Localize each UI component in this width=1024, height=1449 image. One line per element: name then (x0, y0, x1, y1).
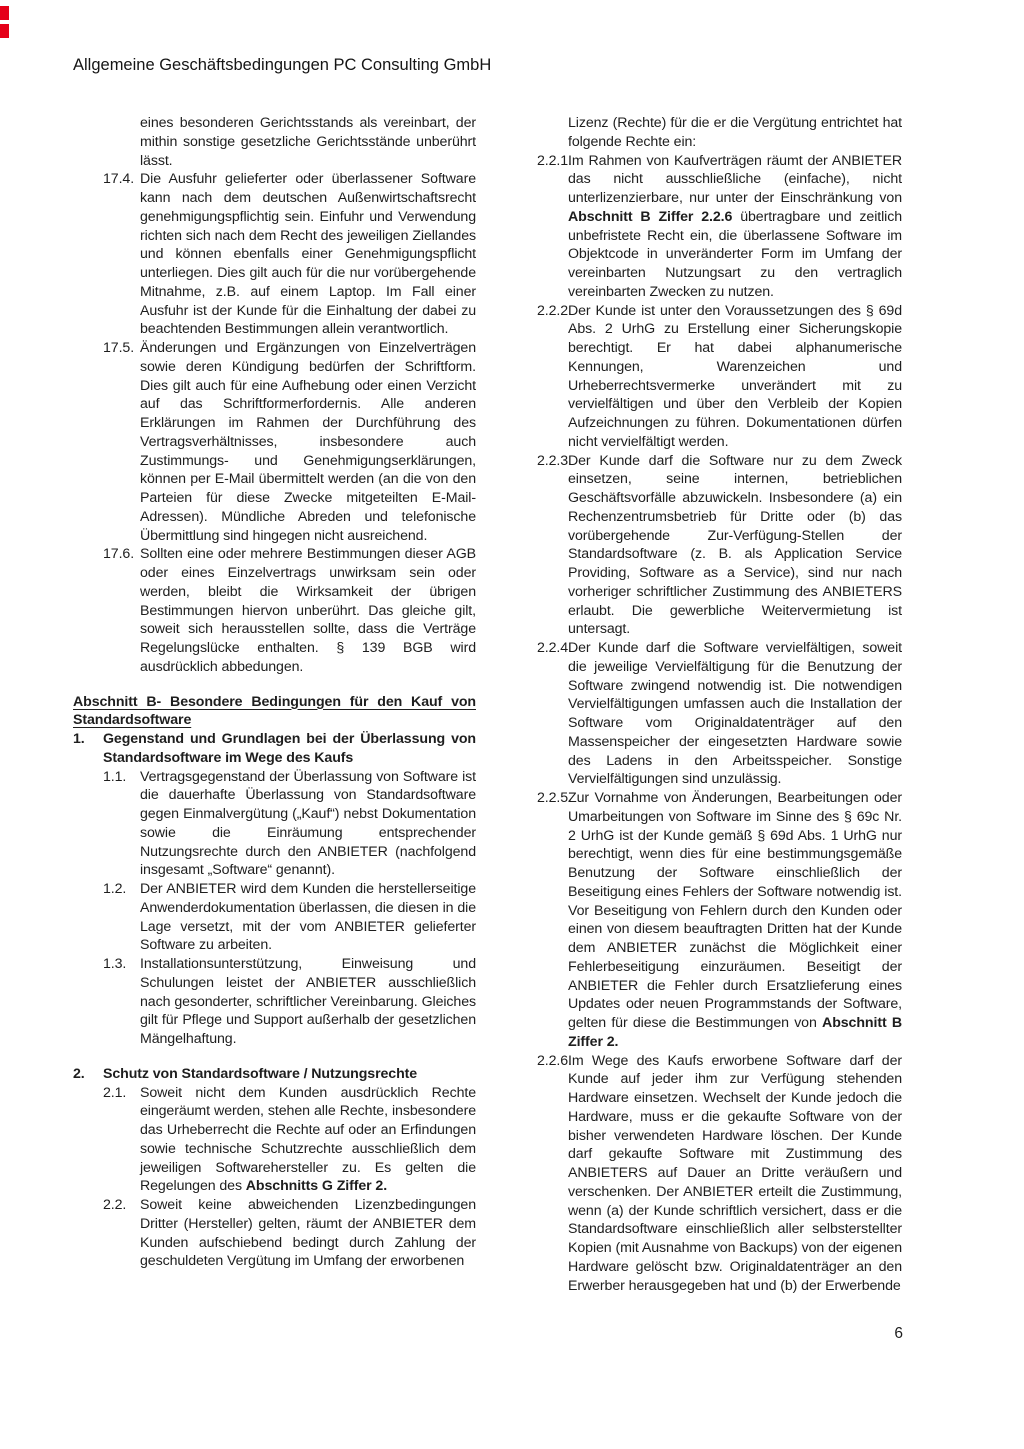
clause-number: 2.2.6. (537, 1052, 572, 1071)
right-text-column: Lizenz (Rechte) für die er die Vergütung… (537, 114, 902, 1295)
clause-item: 2.2.6.Im Wege des Kaufs erworbene Softwa… (537, 1052, 902, 1296)
clause-number: 1.1. (103, 768, 126, 787)
clause-item: 2.2.2.Der Kunde ist unter den Voraussetz… (537, 302, 902, 452)
continuation-paragraph: eines besonderen Gerichtsstands als vere… (73, 114, 476, 170)
clause-text: Installationsunterstützung, Einweisung u… (140, 956, 476, 1047)
clause-text: Die Ausfuhr gelieferter oder überlassene… (140, 171, 476, 337)
clause-item: 1.2.Der ANBIETER wird dem Kunden die her… (73, 880, 476, 955)
clause-number: 2.2.3. (537, 452, 572, 471)
clause-item: 1.1.Vertragsgegenstand der Überlassung v… (73, 768, 476, 881)
clause-number: 2. (73, 1065, 85, 1084)
clause-text: Im Rahmen von Kaufverträgen räumt der AN… (568, 153, 902, 300)
clause-number: 2.1. (103, 1084, 126, 1103)
clause-number: 17.4. (103, 170, 134, 189)
clause-text: Schutz von Standardsoftware / Nutzungsre… (103, 1066, 417, 1082)
clause-item: 2.1.Soweit nicht dem Kunden ausdrücklich… (73, 1084, 476, 1197)
clause-text: Sollten eine oder mehrere Bestimmungen d… (140, 546, 476, 675)
continuation-paragraph: Lizenz (Rechte) für die er die Vergütung… (537, 114, 902, 152)
clause-text: Vertragsgegenstand der Überlassung von S… (140, 769, 476, 879)
numbered-heading: 1.Gegenstand und Grundlagen bei der Über… (73, 730, 476, 768)
clause-item: 1.3.Installationsunterstützung, Einweisu… (73, 955, 476, 1049)
clause-text: Der Kunde ist unter den Voraussetzungen … (568, 303, 902, 450)
clause-text: Änderungen und Ergänzungen von Einzelver… (140, 340, 476, 544)
clause-number: 2.2.5. (537, 789, 572, 808)
clause-item: 17.6.Sollten eine oder mehrere Bestimmun… (73, 545, 476, 676)
clause-text: Lizenz (Rechte) für die er die Vergütung… (568, 115, 902, 150)
clause-number: 17.6. (103, 545, 134, 564)
clause-item: 17.5.Änderungen und Ergänzungen von Einz… (73, 339, 476, 545)
scan-artifact-red-mark-1 (0, 6, 9, 20)
clause-number: 1. (73, 730, 85, 749)
clause-item: 2.2.1.Im Rahmen von Kaufverträgen räumt … (537, 152, 902, 302)
left-text-column: eines besonderen Gerichtsstands als vere… (73, 114, 476, 1271)
clause-text: Im Wege des Kaufs erworbene Software dar… (568, 1053, 902, 1294)
clause-text: Soweit keine abweichenden Lizenzbedingun… (140, 1197, 476, 1269)
clause-text: Der ANBIETER wird dem Kunden die herstel… (140, 881, 476, 953)
clause-item: 17.4.Die Ausfuhr gelieferter oder überla… (73, 170, 476, 339)
clause-text: Der Kunde darf die Software vervielfälti… (568, 640, 902, 787)
clause-item: 2.2.5.Zur Vornahme von Änderungen, Bearb… (537, 789, 902, 1052)
section-heading: Abschnitt B- Besondere Bedingungen für d… (73, 693, 476, 731)
clause-text: Der Kunde darf die Software nur zu dem Z… (568, 453, 902, 638)
clause-text: Soweit nicht dem Kunden ausdrücklich Rec… (140, 1085, 476, 1195)
clause-number: 2.2.4. (537, 639, 572, 658)
document-title: Allgemeine Geschäftsbedingungen PC Consu… (73, 56, 633, 75)
clause-number: 2.2. (103, 1196, 126, 1215)
clause-text: Abschnitt B- Besondere Bedingungen für d… (73, 694, 476, 729)
clause-text: Gegenstand und Grundlagen bei der Überla… (103, 731, 476, 766)
clause-number: 1.3. (103, 955, 126, 974)
scan-artifact-red-mark-2 (0, 24, 9, 38)
clause-number: 17.5. (103, 339, 134, 358)
document-page: Allgemeine Geschäftsbedingungen PC Consu… (0, 0, 1024, 1449)
clause-number: 2.2.1. (537, 152, 572, 171)
clause-number: 2.2.2. (537, 302, 572, 321)
clause-item: 2.2.Soweit keine abweichenden Lizenzbedi… (73, 1196, 476, 1271)
clause-text: eines besonderen Gerichtsstands als vere… (140, 115, 476, 169)
clause-text: Zur Vornahme von Änderungen, Bearbeitung… (568, 790, 902, 1050)
clause-number: 1.2. (103, 880, 126, 899)
clause-item: 2.2.3.Der Kunde darf die Software nur zu… (537, 452, 902, 640)
numbered-heading: 2.Schutz von Standardsoftware / Nutzungs… (73, 1065, 476, 1084)
clause-item: 2.2.4.Der Kunde darf die Software vervie… (537, 639, 902, 789)
page-number: 6 (537, 1325, 903, 1343)
